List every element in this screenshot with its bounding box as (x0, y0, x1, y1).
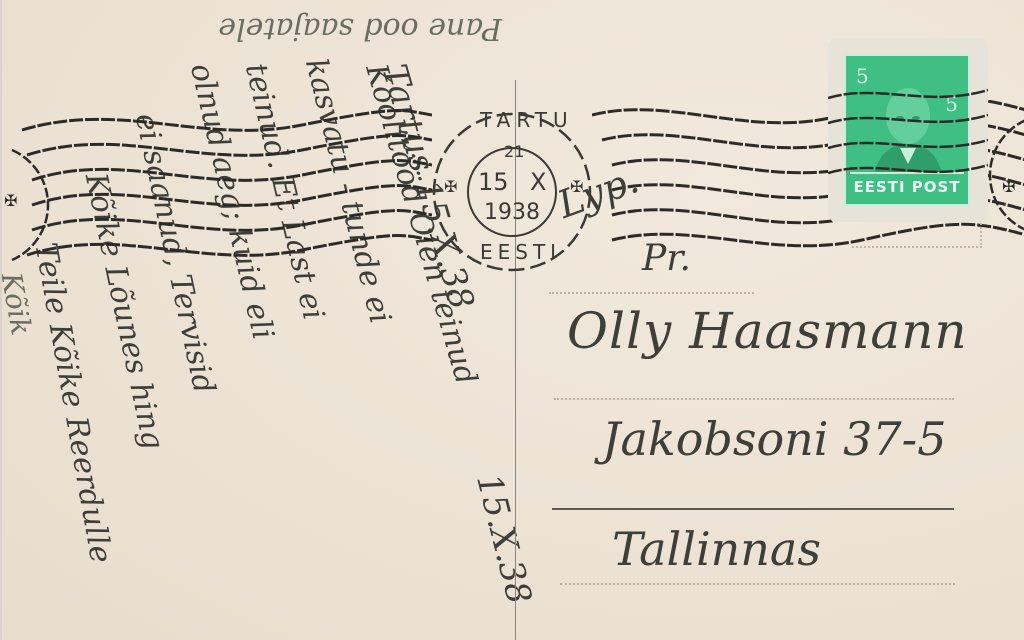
postmark-city: TARTU (480, 108, 574, 132)
postmark-year: 1938 (484, 200, 540, 225)
postmark-time: 21 (504, 142, 524, 161)
postmark-day: 15 (478, 168, 509, 196)
postmark-country: EESTI (480, 240, 561, 264)
postage-stamp: 5 5 EESTI POST (828, 38, 988, 222)
address-salutation: Pr. (642, 238, 691, 279)
address-line-3 (552, 508, 954, 510)
address-line-4 (560, 583, 955, 585)
address-city: Tallinnas (612, 522, 821, 576)
cancellation-waves-left: ✠ (2, 100, 432, 270)
postcard-back: Pane ood saajatele Tartus 15.X.38 Koolit… (0, 0, 1024, 640)
message-date: 15.X.38 (468, 470, 539, 608)
message-line: Kõik (0, 270, 38, 338)
postmark-month: X (530, 168, 546, 196)
svg-text:✠: ✠ (444, 177, 457, 196)
message-body: Tartus 15.X.38 Koolitööd Olen teinud kas… (2, 0, 522, 640)
address-name: Olly Haasmann (567, 302, 968, 360)
address-line-2 (554, 398, 954, 400)
address-street: Jakobsoni 37-5 (602, 412, 946, 466)
svg-text:✠: ✠ (4, 191, 17, 210)
address-line-1 (549, 292, 754, 294)
svg-text:✠: ✠ (1002, 177, 1015, 196)
